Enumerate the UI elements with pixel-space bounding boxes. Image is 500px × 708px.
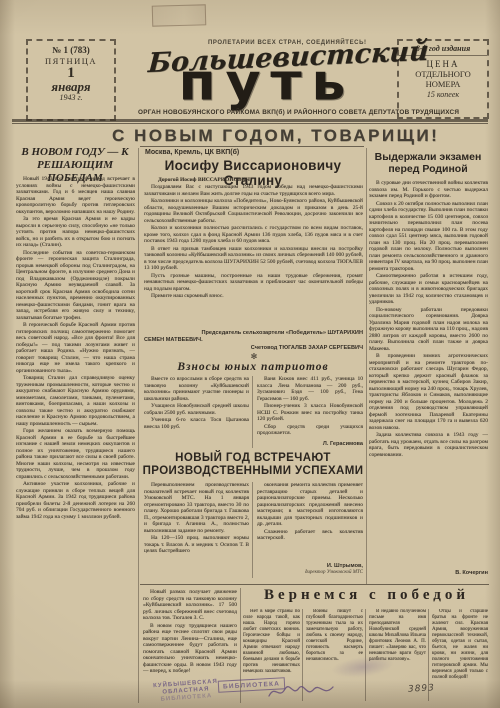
banner-headline: С НОВЫМ ГОДОМ, ТОВАРИЩИ! <box>112 126 439 146</box>
production-headline: НОВЫЙ ГОД ВСТРЕЧАЮТ ПРОИЗВОДСТВЕННЫМИ УС… <box>142 452 364 478</box>
scanned-newspaper-screenshot: ПРОЛЕТАРИИ ВСЕХ СТРАН, СОЕДИНЯЙТЕСЬ! № 1… <box>0 0 500 708</box>
issue-day: 1 <box>28 66 114 80</box>
column-rule-right <box>366 148 367 584</box>
price-line2: ОТДЕЛЬНОГО <box>399 69 487 79</box>
editorial-body: Новый 1943 год советский народ встречает… <box>16 176 135 702</box>
price-line3: НОМЕРА <box>399 79 487 89</box>
issue-box: № 1 (783) ПЯТНИЦА 1 января 1943 г. <box>26 39 116 121</box>
patriots-headline: Взносы юных патриотов <box>142 361 364 373</box>
letter-signature-1b: СЕМЕН МАТВЕЕВИЧ. <box>144 337 324 343</box>
archive-stamp <box>152 4 207 26</box>
production-col2: окончания ремонта коллектив применяет ре… <box>257 482 363 562</box>
patriots-signature: Л. Герасимова <box>257 441 363 447</box>
star-separator: ✻ <box>244 352 264 361</box>
production-headline-line1: НОВЫЙ ГОД ВСТРЕЧАЮТ <box>142 452 364 465</box>
newspaper-page: ПРОЛЕТАРИИ ВСЕХ СТРАН, СОЕДИНЯЙТЕСЬ! № 1… <box>0 0 500 708</box>
letter-signature-1: Председатель сельхозартели «Победитель» … <box>144 330 363 336</box>
column-rule-left <box>138 148 139 703</box>
production-signature: И. Штрымов, <box>257 563 363 569</box>
letter-signature-2: Счетовод ТЮГАЛЕВ ЗАХАР СЕРГЕЕВИЧ <box>144 345 363 351</box>
patriots-col-rule <box>252 376 253 448</box>
exam-body: В суровые дни отечественной войны коллек… <box>369 180 488 568</box>
victory-col4: Отцы и старшие братья на фронте не жалею… <box>432 609 488 701</box>
production-col-rule <box>252 482 253 578</box>
patriots-col1: Вместе со взрослыми в сборе средств на т… <box>144 376 249 448</box>
price-value: 15 копеек <box>399 90 487 99</box>
production-signature-role: директор Узюковской МТС <box>257 570 363 575</box>
victory-headline: Вернемся с победой <box>243 587 490 604</box>
exam-headline-line1: Выдержали экзамен <box>368 151 488 163</box>
letter-salutation: Дорогой Иосиф ВИССАРИОНОВИЧ! <box>158 177 358 184</box>
banner-underline <box>140 146 364 147</box>
exam-headline-line2: перед Родиной <box>368 163 488 175</box>
issue-number: № 1 (783) <box>28 45 114 55</box>
issue-month: января <box>28 80 114 93</box>
production-col1: Перевыполнением производственных показат… <box>144 482 249 580</box>
inventory-number: 3893 <box>408 683 435 694</box>
handwritten-signature <box>266 680 336 704</box>
header-rule-thick <box>12 119 488 122</box>
exam-headline: Выдержали экзамен перед Родиной <box>368 151 488 175</box>
letter-body: Поздравляем Вас с наступающим 1943 годом… <box>144 184 363 326</box>
issue-year: 1943 г. <box>28 93 114 102</box>
masthead-title: путь <box>178 52 355 111</box>
patriots-col2: Ваня Кижов внес 411 руб., ученица 10 кла… <box>257 376 363 440</box>
header-rule-thin <box>12 123 488 124</box>
organ-line: ОРГАН НОВОБУЯНСКОГО РАЙКОМА ВКП(б) И РАЙ… <box>138 109 459 116</box>
exam-signature: В. Кочергин <box>369 570 488 576</box>
letter-kicker: Москва, Кремль, ЦК ВКП(б) <box>145 149 239 156</box>
bottom-band-rule <box>140 584 489 585</box>
editorial-headline-line1: В НОВОМ ГОДУ — К <box>14 146 136 159</box>
production-headline-line2: ПРОИЗВОДСТВЕННЫМИ УСПЕХАМИ <box>142 465 364 478</box>
